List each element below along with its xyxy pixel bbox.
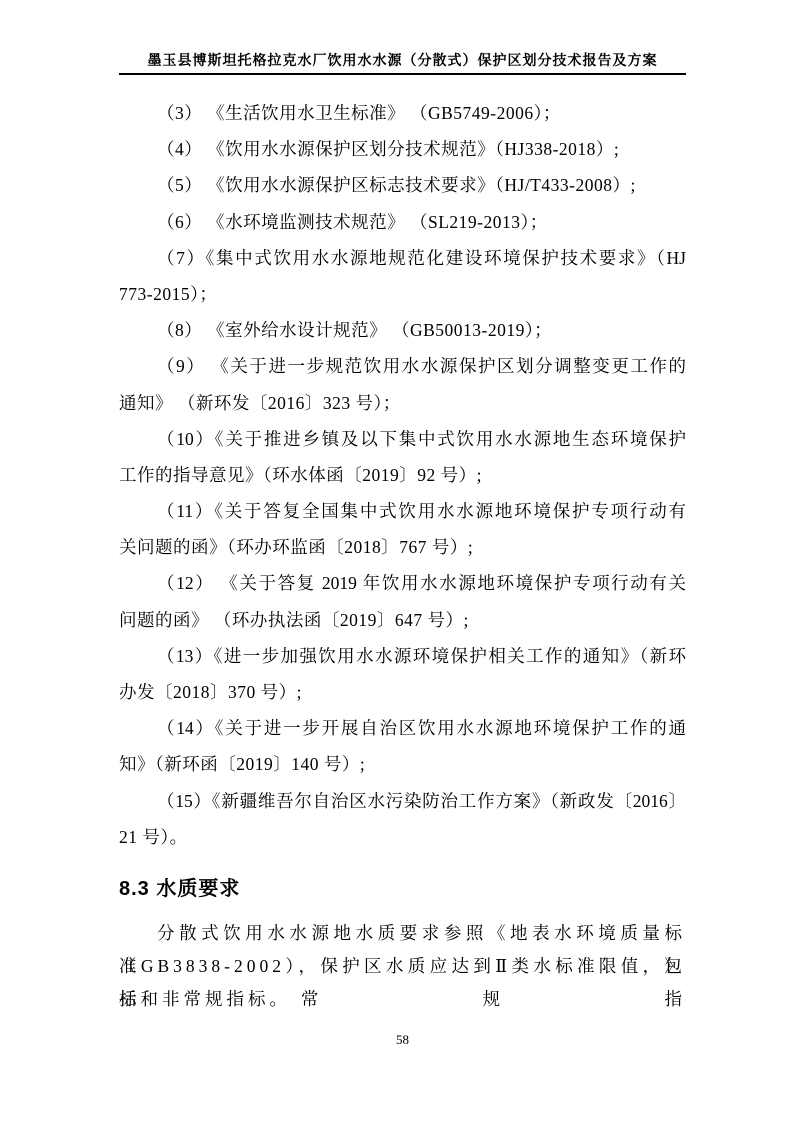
reference-item-11-line-2: 关问题的函》（环办环监函〔2018〕767 号）; bbox=[119, 529, 686, 565]
reference-item-14-line-2: 知》（新环函〔2019〕140 号）; bbox=[119, 746, 686, 782]
page-footer: 58 bbox=[119, 1032, 686, 1047]
reference-item-13-line-1: （13）《进一步加强饮用水水源环境保护相关工作的通知》（新环 bbox=[119, 638, 686, 674]
reference-item-8-line-1: （8） 《室外给水设计规范》 （GB50013-2019）； bbox=[119, 312, 686, 348]
page-number: 58 bbox=[396, 1032, 409, 1047]
document-page: 墨玉县博斯坦托格拉克水厂饮用水水源（分散式）保护区划分技术报告及方案 （3） 《… bbox=[0, 0, 793, 1122]
reference-item-5-line-1: （5） 《饮用水水源保护区标志技术要求》（HJ/T433-2008）; bbox=[119, 167, 686, 203]
reference-list: （3） 《生活饮用水卫生标准》 （GB5749-2006）； （4） 《饮用水水… bbox=[119, 95, 686, 855]
reference-item-14-line-1: （14）《关于进一步开展自治区饮用水水源地环境保护工作的通 bbox=[119, 710, 686, 746]
reference-item-10-line-2: 工作的指导意见》（环水体函〔2019〕92 号）; bbox=[119, 457, 686, 493]
reference-item-7-line-1: （7）《集中式饮用水水源地规范化建设环境保护技术要求》（HJ bbox=[119, 240, 686, 276]
reference-item-3-line-1: （3） 《生活饮用水卫生标准》 （GB5749-2006）； bbox=[119, 95, 686, 131]
section-paragraph: 分散式饮用水水源地水质要求参照《地表水环境质量标准》 （GB3838-2002）… bbox=[119, 917, 686, 1016]
reference-item-13-line-2: 办发〔2018〕370 号）; bbox=[119, 674, 686, 710]
reference-item-6-line-1: （6） 《水环境监测技术规范》 （SL219-2013）； bbox=[119, 204, 686, 240]
reference-item-7-line-2: 773-2015）； bbox=[119, 276, 686, 312]
reference-item-11-line-1: （11）《关于答复全国集中式饮用水水源地环境保护专项行动有 bbox=[119, 493, 686, 529]
section-heading-8-3: 8.3 水质要求 bbox=[119, 876, 240, 902]
paragraph-line-2: （GB3838-2002），保护区水质应达到Ⅱ类水标准限值，包括常规指 bbox=[119, 950, 686, 983]
reference-item-15-line-2: 21 号）。 bbox=[119, 819, 686, 855]
paragraph-line-1: 分散式饮用水水源地水质要求参照《地表水环境质量标准》 bbox=[119, 917, 686, 950]
header-rule bbox=[119, 73, 686, 75]
reference-item-9-line-2: 通知》 （新环发〔2016〕323 号）； bbox=[119, 385, 686, 421]
reference-item-12-line-1: （12） 《关于答复 2019 年饮用水水源地环境保护专项行动有关 bbox=[119, 565, 686, 601]
reference-item-9-line-1: （9） 《关于进一步规范饮用水水源保护区划分调整变更工作的 bbox=[119, 348, 686, 384]
reference-item-4-line-1: （4） 《饮用水水源保护区划分技术规范》（HJ338-2018）; bbox=[119, 131, 686, 167]
reference-item-15-line-1: （15）《新疆维吾尔自治区水污染防治工作方案》（新政发〔2016〕 bbox=[119, 783, 686, 819]
page-header-title: 墨玉县博斯坦托格拉克水厂饮用水水源（分散式）保护区划分技术报告及方案 bbox=[119, 54, 686, 70]
reference-item-10-line-1: （10）《关于推进乡镇及以下集中式饮用水水源地生态环境保护 bbox=[119, 421, 686, 457]
reference-item-12-line-2: 问题的函》 （环办执法函〔2019〕647 号）; bbox=[119, 602, 686, 638]
